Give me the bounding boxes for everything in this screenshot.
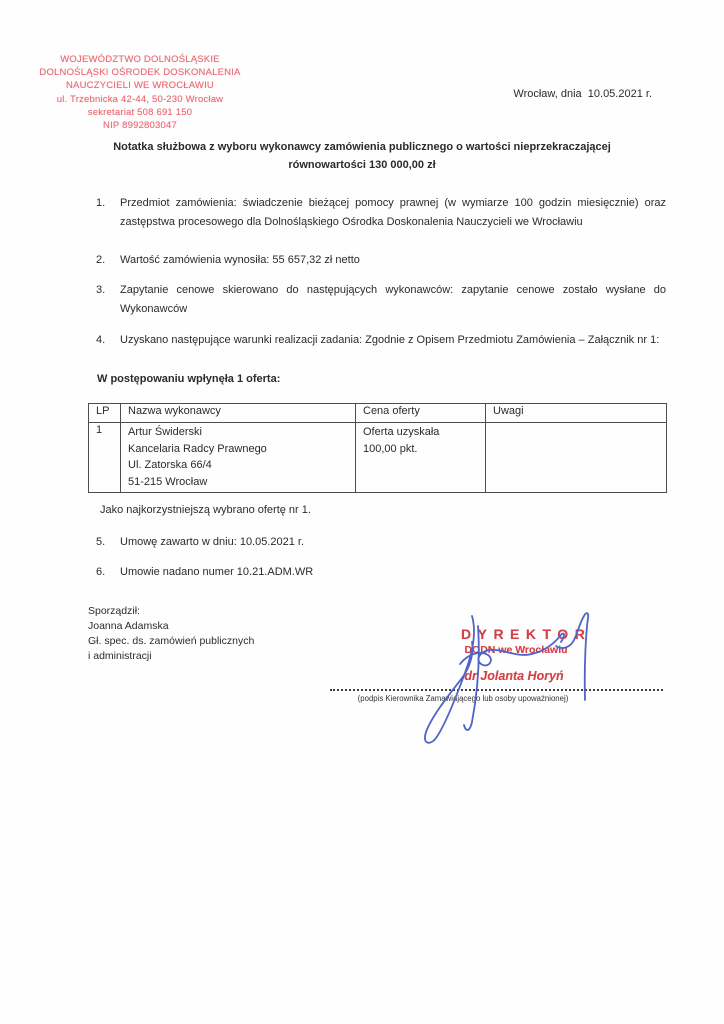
stamp-line-nip: NIP 8992803047 bbox=[34, 119, 246, 132]
contractor-office: Kancelaria Radcy Prawnego bbox=[128, 441, 348, 458]
prepared-by-role-1: Gł. spec. ds. zamówień publicznych bbox=[88, 634, 254, 649]
institution-stamp: WOJEWÓDZTWO DOLNOŚLĄSKIE DOLNOŚLĄSKI OŚR… bbox=[34, 53, 246, 132]
offers-table-wrapper: LP Nazwa wykonawcy Cena oferty Uwagi 1 A… bbox=[88, 403, 666, 493]
stamp-line-center-name: DOLNOŚLĄSKI OŚRODEK DOSKONALENIA bbox=[34, 66, 246, 79]
title-line-2: równowartości 130 000,00 zł bbox=[60, 157, 664, 175]
col-header-price: Cena oferty bbox=[356, 404, 486, 423]
selection-note: Jako najkorzystniejszą wybrano ofertę nr… bbox=[100, 504, 311, 516]
cell-price: Oferta uzyskała 100,00 pkt. bbox=[356, 423, 486, 493]
list-item-number: 6. bbox=[96, 563, 120, 582]
list-item-6: 6. Umowie nadano numer 10.21.ADM.WR bbox=[96, 563, 666, 582]
stamp-line-phone: sekretariat 508 691 150 bbox=[34, 106, 246, 119]
document-title: Notatka służbowa z wyboru wykonawcy zamó… bbox=[60, 139, 664, 174]
price-line-1: Oferta uzyskała bbox=[363, 424, 478, 441]
prepared-by-name: Joanna Adamska bbox=[88, 619, 254, 634]
list-item-number: 5. bbox=[96, 533, 120, 552]
date-line: Wrocław, dnia 10.05.2021 r. bbox=[513, 88, 652, 100]
prepared-by-label: Sporządził: bbox=[88, 604, 254, 619]
list-item-text: Zapytanie cenowe skierowano do następują… bbox=[120, 281, 666, 319]
handwritten-signature bbox=[408, 604, 598, 754]
list-item-text: Uzyskano następujące warunki realizacji … bbox=[120, 331, 666, 350]
list-item-text: Przedmiot zamówienia: świadczenie bieżąc… bbox=[120, 194, 666, 232]
list-item-number: 2. bbox=[96, 251, 120, 270]
list-item-1: 1. Przedmiot zamówienia: świadczenie bie… bbox=[96, 194, 666, 232]
cell-contractor: Artur Świderski Kancelaria Radcy Prawneg… bbox=[121, 423, 356, 493]
contractor-city: 51-215 Wrocław bbox=[128, 474, 348, 491]
list-item-number: 3. bbox=[96, 281, 120, 319]
title-line-1: Notatka służbowa z wyboru wykonawcy zamó… bbox=[60, 139, 664, 157]
table-header-row: LP Nazwa wykonawcy Cena oferty Uwagi bbox=[89, 404, 667, 423]
list-item-4: 4. Uzyskano następujące warunki realizac… bbox=[96, 331, 666, 350]
offers-intro-text: W postępowaniu wpłynęła 1 oferta: bbox=[97, 373, 280, 385]
list-item-number: 1. bbox=[96, 194, 120, 232]
list-item-3: 3. Zapytanie cenowe skierowano do następ… bbox=[96, 281, 666, 319]
cell-notes bbox=[486, 423, 667, 493]
table-row: 1 Artur Świderski Kancelaria Radcy Prawn… bbox=[89, 423, 667, 493]
offers-table: LP Nazwa wykonawcy Cena oferty Uwagi 1 A… bbox=[88, 403, 667, 493]
prepared-by-role-2: i administracji bbox=[88, 649, 254, 664]
prepared-by-block: Sporządził: Joanna Adamska Gł. spec. ds.… bbox=[88, 604, 254, 664]
col-header-contractor: Nazwa wykonawcy bbox=[121, 404, 356, 423]
list-item-text: Umowie nadano numer 10.21.ADM.WR bbox=[120, 563, 666, 582]
contractor-street: Ul. Zatorska 66/4 bbox=[128, 457, 348, 474]
contractor-name: Artur Świderski bbox=[128, 424, 348, 441]
list-item-number: 4. bbox=[96, 331, 120, 350]
list-item-5: 5. Umowę zawarto w dniu: 10.05.2021 r. bbox=[96, 533, 666, 552]
stamp-line-address: ul. Trzebnicka 42-44, 50-230 Wrocław bbox=[34, 93, 246, 106]
cell-lp: 1 bbox=[89, 423, 121, 493]
list-item-text: Umowę zawarto w dniu: 10.05.2021 r. bbox=[120, 533, 666, 552]
list-item-text: Wartość zamówienia wynosiła: 55 657,32 z… bbox=[120, 251, 666, 270]
col-header-lp: LP bbox=[89, 404, 121, 423]
stamp-line-voivodeship: WOJEWÓDZTWO DOLNOŚLĄSKIE bbox=[34, 53, 246, 66]
document-page: WOJEWÓDZTWO DOLNOŚLĄSKIE DOLNOŚLĄSKI OŚR… bbox=[0, 0, 724, 1024]
price-line-2: 100,00 pkt. bbox=[363, 441, 478, 458]
col-header-notes: Uwagi bbox=[486, 404, 667, 423]
stamp-line-center-name2: NAUCZYCIELI WE WROCŁAWIU bbox=[34, 79, 246, 92]
list-item-2: 2. Wartość zamówienia wynosiła: 55 657,3… bbox=[96, 251, 666, 270]
